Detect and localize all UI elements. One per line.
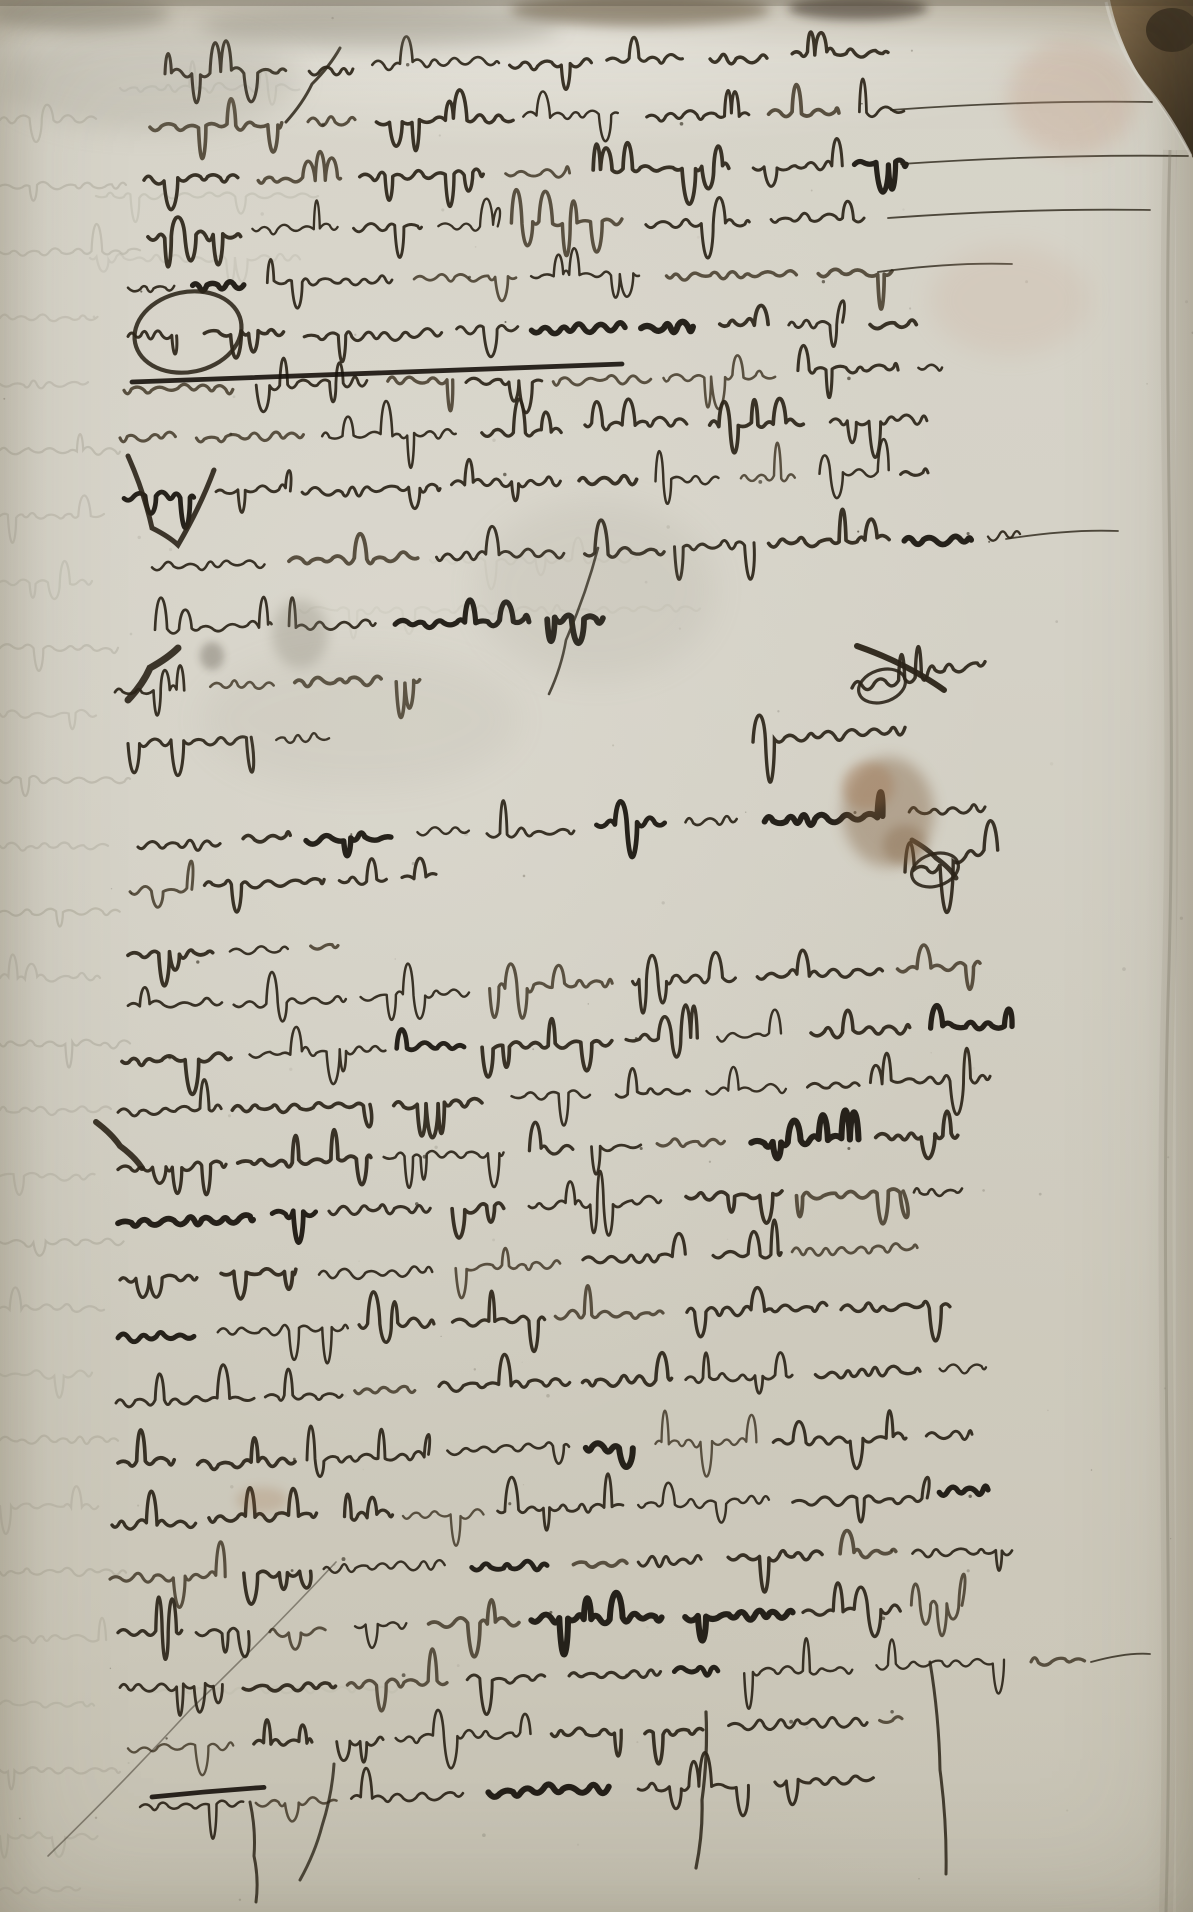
paper-speck: [3, 398, 5, 400]
paper-speck: [261, 212, 264, 215]
handwritten-word: [124, 384, 233, 394]
handwritten-word: [939, 1486, 988, 1495]
handwritten-word: [196, 1628, 249, 1657]
handwritten-word: [118, 1332, 194, 1341]
handwritten-word: [579, 476, 637, 485]
handwritten-word: [429, 1600, 519, 1657]
handwritten-word: [116, 1365, 254, 1407]
ink-speck: [406, 63, 409, 66]
ink-speck: [635, 1037, 638, 1040]
handwritten-word: [918, 365, 942, 371]
handwritten-word: [329, 1205, 430, 1215]
handwritten-word: [309, 67, 353, 75]
handwritten-word: [633, 952, 736, 1013]
handwritten-word: [467, 1675, 545, 1715]
paraph-mark-1: [852, 647, 985, 709]
ink-speck: [293, 1458, 296, 1461]
handwritten-word: [128, 286, 174, 292]
handwritten-word: [940, 1365, 986, 1374]
text-line: [128, 944, 338, 985]
handwritten-word: [302, 484, 440, 508]
ghost-bleedthrough-row: [0, 955, 100, 982]
paper-speck: [972, 1067, 975, 1070]
paper-speck: [646, 1626, 649, 1629]
paper-speck: [1091, 1469, 1093, 1471]
stroke-left-mid: [96, 1122, 142, 1168]
paper-speck: [1050, 762, 1053, 765]
handwritten-word: [120, 1683, 222, 1715]
manuscript-page: Handwritten manuscript page, French secr…: [0, 0, 1193, 1912]
handwritten-word: [361, 964, 469, 1020]
handwritten-word: [232, 1103, 371, 1127]
ink-speck: [342, 1557, 346, 1561]
text-line: [120, 1220, 917, 1299]
paper-speck: [911, 50, 913, 52]
handwritten-word: [792, 32, 888, 57]
handwritten-word: [529, 1171, 661, 1235]
handwritten-word: [531, 1593, 661, 1655]
handwritten-word: [130, 861, 193, 907]
ink-speck: [625, 1674, 628, 1677]
handwritten-word: [351, 1768, 463, 1802]
paper-speck: [93, 316, 96, 319]
handwritten-word: [152, 561, 265, 571]
handwritten-word: [840, 1531, 896, 1558]
ink-smudge-small: [200, 642, 224, 670]
handwritten-word: [583, 1233, 685, 1262]
handwritten-word: [638, 1483, 769, 1523]
handwritten-word: [138, 840, 220, 850]
paper-speck: [918, 1878, 919, 1879]
handwritten-word: [914, 1188, 962, 1196]
handwritten-word: [720, 305, 768, 326]
handwritten-word: [686, 816, 737, 825]
ghost-bleedthrough-row: [0, 561, 92, 599]
handwritten-word: [717, 1010, 781, 1042]
handwritten-word: [337, 1737, 383, 1762]
ink-speck: [291, 1569, 294, 1572]
ghost-bleedthrough-row: [0, 843, 108, 851]
handwritten-word: [354, 224, 422, 258]
handwritten-word: [664, 355, 776, 409]
grime-top-mid: [200, 4, 560, 48]
handwritten-word: [487, 801, 574, 838]
handwritten-word: [655, 1411, 756, 1477]
handwritten-word: [913, 1549, 1013, 1571]
ink-speck: [423, 1155, 427, 1159]
paper-speck: [169, 548, 172, 551]
handwritten-word: [359, 1292, 434, 1342]
ink-speck: [165, 1737, 167, 1739]
ink-speck: [468, 276, 471, 279]
handwritten-word: [811, 1010, 910, 1037]
handwritten-word: [498, 1474, 623, 1530]
handwritten-word: [686, 1191, 782, 1223]
ghost-bleedthrough-row: [0, 496, 104, 543]
handwritten-word: [710, 54, 767, 63]
paper-speck: [1066, 1809, 1068, 1811]
handwritten-word: [218, 1325, 348, 1363]
paper-speck: [727, 1239, 728, 1240]
handwritten-word: [674, 1667, 718, 1675]
text-line: [144, 139, 1188, 210]
handwritten-word: [667, 271, 797, 280]
paper-speck: [354, 334, 356, 336]
handwritten-word: [384, 1151, 504, 1188]
paper-speck: [130, 633, 133, 636]
paper-speck: [811, 190, 813, 192]
handwritten-word: [713, 1220, 781, 1258]
handwritten-word: [265, 1369, 342, 1400]
handwritten-word: [452, 1203, 504, 1238]
ink-blot-core: [842, 762, 894, 810]
paper-speck: [395, 958, 396, 959]
handwritten-word: [466, 378, 542, 412]
handwritten-word: [646, 197, 750, 258]
handwritten-word: [638, 1556, 701, 1567]
handwritten-word: [112, 1491, 196, 1529]
handwritten-word: [196, 432, 303, 442]
ink-speck: [968, 1495, 971, 1498]
handwritten-word: [204, 330, 283, 358]
ink-speck: [640, 1147, 643, 1150]
ink-speck: [847, 377, 851, 381]
handwritten-word: [120, 432, 175, 442]
text-line: [128, 945, 980, 1021]
rust-spot-left: [236, 1487, 288, 1513]
handwritten-word: [769, 85, 839, 117]
handwritten-word: [118, 1430, 174, 1466]
handwritten-word: [221, 1269, 296, 1299]
handwriting-layer: [0, 0, 1193, 1912]
handwritten-word: [254, 1720, 312, 1745]
handwritten-word: [815, 1366, 920, 1378]
handwritten-word: [854, 160, 906, 192]
handwritten-word: [586, 1443, 633, 1467]
paper-speck: [1146, 383, 1148, 385]
handwritten-word: [645, 1728, 703, 1763]
ink-speck: [402, 1673, 406, 1677]
handwritten-word: [512, 1091, 590, 1126]
handwritten-word: [773, 1411, 906, 1469]
ghost-bleedthrough-row: [96, 193, 318, 222]
handwritten-word: [657, 1139, 724, 1147]
handwritten-word: [511, 190, 622, 256]
handwritten-word: [110, 1542, 225, 1608]
handwritten-word: [656, 451, 719, 504]
paper-speck: [1039, 1193, 1042, 1196]
handwritten-word: [272, 1211, 316, 1243]
paper-speck: [474, 1368, 476, 1370]
handwritten-word: [414, 274, 516, 301]
ink-speck: [229, 433, 232, 436]
handwritten-word: [128, 950, 213, 986]
handwritten-word: [289, 534, 418, 564]
handwritten-word: [911, 1574, 965, 1636]
ghost-bleedthrough-row: [0, 314, 98, 321]
paper-speck: [967, 1569, 970, 1572]
paper-speck: [95, 1817, 97, 1819]
ghost-bleedthrough-row: [0, 1436, 118, 1444]
ink-speck: [505, 321, 507, 323]
paper-speck: [482, 1833, 486, 1837]
handwritten-word: [532, 323, 626, 334]
ghost-bleedthrough-row: [0, 1173, 95, 1195]
handwritten-word: [394, 1099, 482, 1138]
paper-speck: [457, 1664, 460, 1667]
handwritten-word: [355, 1622, 406, 1647]
ink-speck: [168, 1056, 171, 1059]
handwritten-word: [388, 377, 453, 411]
ink-speck: [196, 960, 199, 963]
handwritten-word: [506, 167, 570, 178]
handwritten-word: [324, 1560, 445, 1573]
handwritten-word: [687, 1288, 827, 1337]
pink-stain-right: [930, 245, 1090, 355]
handwritten-word: [988, 531, 1020, 540]
descender-bottom-3: [300, 1764, 334, 1880]
text-line: [140, 1753, 875, 1839]
handwritten-word: [120, 1275, 197, 1297]
ink-speck: [503, 473, 507, 477]
handwritten-word: [818, 269, 892, 309]
handwritten-word: [710, 399, 804, 453]
paper-speck: [523, 875, 526, 878]
paper-speck: [19, 1818, 21, 1820]
descender-bottom-4: [696, 1712, 707, 1868]
handwritten-word: [403, 1509, 484, 1545]
pink-stain-corner: [1008, 40, 1136, 156]
smudge-low-left: [200, 650, 520, 790]
paper-speck: [239, 1899, 241, 1901]
handwritten-word: [741, 443, 795, 481]
paper-speck: [1047, 1410, 1049, 1412]
scratch-bottom-left: [48, 1562, 336, 1856]
paper-speck: [358, 1260, 360, 1262]
ink-speck: [967, 532, 970, 535]
grime-upper-left: [0, 30, 300, 130]
handwritten-word: [118, 1080, 221, 1116]
handwritten-word: [456, 1248, 560, 1298]
handwritten-word: [569, 1670, 660, 1678]
strikethrough-stroke: [152, 1787, 264, 1797]
paper-speck: [228, 1114, 231, 1117]
handwritten-word: [250, 1027, 386, 1084]
text-line: [130, 858, 436, 912]
handwritten-word: [322, 401, 456, 468]
handwritten-word: [402, 858, 436, 879]
handwritten-word: [307, 1426, 430, 1477]
under-page-sliver: [1176, 150, 1193, 1912]
handwritten-word: [807, 1083, 859, 1089]
ink-speck: [890, 1710, 894, 1714]
handwritten-word: [859, 79, 904, 117]
paper-speck: [805, 1726, 808, 1729]
paper-speck: [440, 1336, 441, 1337]
paper-speck: [439, 134, 441, 136]
handwritten-word: [396, 1710, 531, 1768]
handwritten-word: [482, 399, 561, 436]
handwritten-word: [769, 509, 890, 547]
ghost-bleedthrough-row: [0, 710, 96, 729]
handwritten-word: [753, 139, 842, 187]
handwritten-word: [757, 950, 882, 979]
paper-speck: [1122, 967, 1126, 971]
handwritten-word: [1031, 1658, 1084, 1665]
ghost-bleedthrough-row: [0, 1701, 94, 1708]
text-line: [128, 1710, 902, 1775]
handwritten-word: [686, 1353, 793, 1394]
handwritten-word: [685, 1611, 792, 1641]
paper-speck: [434, 1146, 437, 1149]
handwritten-word: [452, 459, 561, 500]
handwritten-word: [238, 1130, 371, 1185]
handwritten-word: [216, 471, 291, 513]
handwritten-word: [593, 143, 729, 204]
handwritten-word: [585, 399, 687, 430]
handwritten-word: [751, 1110, 858, 1158]
paper-speck: [230, 1485, 233, 1488]
text-line: [112, 1474, 988, 1546]
ink-speck: [988, 541, 990, 543]
handwritten-word: [122, 1053, 231, 1094]
handwritten-word: [803, 1583, 900, 1637]
handwritten-word: [553, 375, 651, 385]
ink-speck: [857, 531, 859, 533]
handwritten-word: [453, 1291, 545, 1351]
paper-speck: [777, 710, 779, 712]
paper-speck: [709, 1161, 711, 1163]
handwritten-word: [270, 1628, 326, 1650]
handwritten-word: [230, 946, 288, 954]
paper-speck: [492, 1238, 495, 1241]
ghost-bleedthrough-row: [0, 908, 120, 926]
text-line: [122, 1005, 1012, 1094]
paper-speck: [588, 1003, 590, 1005]
descender-bottom-1: [930, 1662, 946, 1874]
handwritten-word: [641, 322, 693, 332]
handwritten-word: [876, 1111, 958, 1158]
paper-speck: [475, 246, 477, 248]
text-line: [118, 1110, 958, 1194]
handwritten-word: [531, 248, 639, 297]
text-line: [118, 1171, 962, 1243]
paper-speck: [289, 1068, 292, 1071]
ink-speck: [758, 480, 762, 484]
handwritten-word: [555, 1286, 663, 1319]
handwritten-word: [841, 1302, 950, 1341]
text-line: [124, 439, 928, 528]
handwritten-word: [482, 1019, 612, 1077]
paper-speck: [697, 236, 700, 239]
paper-speck: [662, 901, 665, 904]
handwritten-word: [616, 1068, 690, 1097]
handwritten-word: [876, 1639, 1004, 1693]
paper-speck: [111, 888, 112, 889]
ghost-bleedthrough-row: [0, 1832, 98, 1857]
handwritten-word: [488, 1784, 608, 1796]
ink-speck: [847, 1147, 850, 1150]
ghost-bleedthrough-row: [0, 381, 88, 389]
handwritten-word: [472, 1561, 547, 1570]
handwritten-word: [931, 1006, 1012, 1029]
handwritten-word: [118, 1215, 253, 1226]
ink-speck: [140, 291, 142, 293]
ghost-bleedthrough-row: [0, 1767, 120, 1789]
handwritten-word: [707, 1067, 786, 1095]
handwritten-word: [510, 59, 592, 90]
handwritten-word: [647, 91, 749, 122]
ghost-bleedthrough-row: [0, 1486, 98, 1534]
ink-blot-lower: [883, 825, 927, 865]
handwritten-word: [397, 1029, 464, 1049]
ink-speck: [272, 329, 275, 332]
handwritten-word: [140, 1801, 243, 1839]
ghost-bleedthrough-row: [0, 1887, 80, 1893]
paper-speck: [909, 307, 911, 309]
ink-speck: [891, 1550, 893, 1552]
handwritten-word: [355, 1386, 415, 1393]
paper-speck: [1055, 620, 1058, 623]
ink-speck: [789, 1720, 793, 1724]
handwritten-word: [793, 1477, 930, 1522]
handwritten-word: [234, 972, 346, 1021]
handwritten-word: [118, 1597, 182, 1659]
paper-speck: [344, 1395, 347, 1398]
ink-speck: [321, 123, 325, 127]
ink-speck: [415, 1202, 419, 1206]
handwritten-word: [551, 1728, 621, 1756]
handwritten-word: [523, 91, 618, 141]
handwritten-word: [155, 597, 272, 633]
handwritten-word: [904, 536, 971, 544]
handwritten-word: [607, 37, 683, 63]
handwritten-word: [319, 1267, 432, 1279]
stain-layer: [0, 0, 1136, 1513]
handwritten-word: [417, 827, 469, 835]
ghost-bleedthrough-row: [0, 1618, 106, 1643]
ghost-bleedthrough-row: [0, 1106, 111, 1115]
handwritten-word: [118, 1161, 226, 1194]
ink-speck: [822, 280, 825, 283]
text-line: [150, 79, 1152, 159]
ghost-bleedthrough-row: [0, 1239, 124, 1256]
handwritten-word: [439, 1354, 570, 1391]
handwritten-word: [457, 325, 518, 356]
ghost-bleedthrough-row: [0, 1370, 92, 1397]
paper-speck: [363, 1469, 364, 1470]
paper-speck: [138, 536, 141, 539]
handwritten-word: [626, 1005, 697, 1057]
handwritten-word: [898, 945, 981, 989]
handwritten-word: [198, 1438, 295, 1470]
ink-speck: [508, 1502, 511, 1505]
handwritten-word: [901, 469, 928, 476]
handwritten-word: [347, 1649, 447, 1711]
handwritten-word: [729, 1718, 868, 1730]
handwritten-word: [870, 320, 916, 328]
paper-speck: [233, 395, 236, 398]
paper-speck: [982, 1189, 985, 1192]
ink-speck: [549, 1611, 552, 1614]
descender-bottom-2: [250, 1802, 257, 1902]
ink-speck: [882, 1616, 886, 1620]
line-filler-stroke: [1006, 531, 1118, 539]
handwritten-word: [311, 944, 338, 949]
handwritten-word: [583, 1353, 672, 1387]
handwritten-word: [306, 833, 391, 856]
paper-speck: [521, 1362, 522, 1363]
